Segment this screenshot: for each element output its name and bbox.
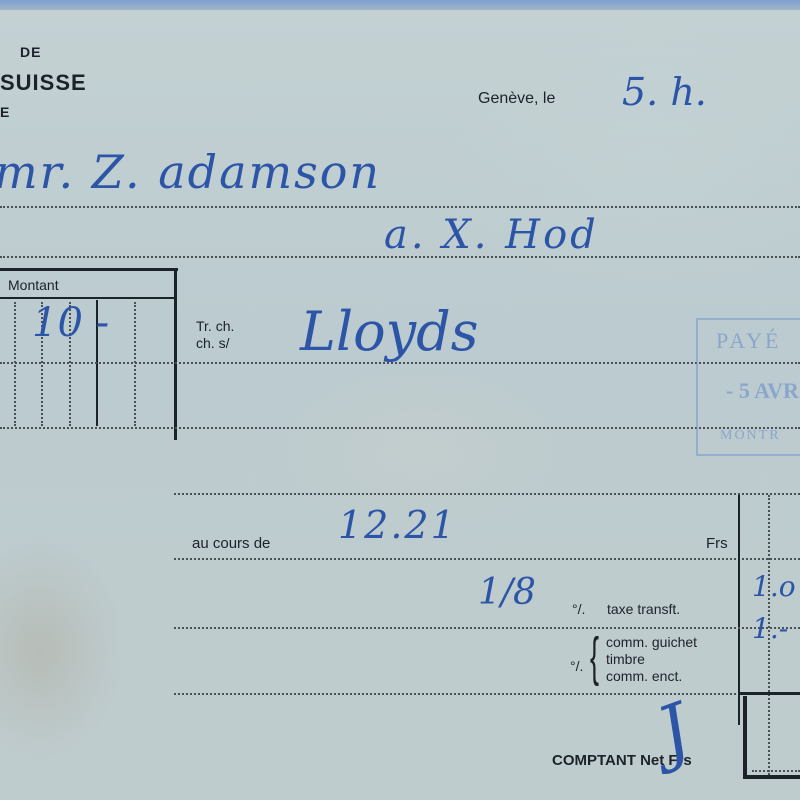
transfer-label: Tr. ch. ch. s/	[196, 318, 234, 352]
bank-name-line3: E	[0, 104, 9, 120]
handwritten-amount: 10 -	[32, 300, 109, 346]
percent-symbol: °/.	[570, 658, 583, 674]
table-top-border	[0, 268, 178, 271]
currency-label: Frs	[706, 535, 728, 552]
dotted-line	[0, 206, 800, 208]
bank-name-line1: DE	[20, 44, 41, 60]
place-date-label: Genève, le	[478, 90, 555, 108]
dotted-line	[0, 362, 800, 364]
dotted-line	[752, 770, 800, 772]
brace-symbol: {	[590, 630, 599, 684]
stamp-date: - 5 AVR	[726, 378, 799, 404]
handwritten-fee-value-1: 1.o	[752, 570, 796, 603]
commission-item: comm. guichet	[606, 634, 697, 651]
right-column-border	[738, 495, 740, 725]
transfer-label-line2: ch. s/	[196, 335, 234, 352]
handwritten-fee-fraction: 1/8	[478, 572, 536, 613]
column-guide	[14, 302, 16, 426]
handwritten-bank-name: Lloyds	[300, 300, 478, 363]
column-guide	[134, 302, 136, 426]
paid-stamp: PAYÉ - 5 AVR MONTR	[696, 318, 800, 456]
handwritten-exchange-rate: 12.21	[338, 503, 457, 547]
dotted-line	[0, 427, 800, 429]
stamp-line1: PAYÉ	[716, 328, 781, 354]
handwritten-date: 5. h.	[622, 70, 707, 114]
percent-symbol: °/.	[572, 601, 585, 617]
stamp-line3: MONTR	[720, 428, 781, 444]
dotted-line	[0, 256, 800, 258]
commission-list: comm. guichet timbre comm. enct.	[606, 634, 697, 685]
cash-label: COMPTANT	[552, 752, 636, 769]
total-box-top	[738, 692, 800, 695]
handwritten-fee-value-2: 1.-	[752, 612, 788, 645]
transfer-label-line1: Tr. ch.	[196, 318, 234, 335]
commission-item: timbre	[606, 651, 697, 668]
dotted-line	[174, 627, 800, 629]
bank-name-line2: SUISSE	[0, 70, 87, 96]
table-right-border	[174, 268, 177, 440]
handwritten-recipient-name: mr. Z. adamson	[0, 145, 381, 199]
total-box-left	[743, 696, 747, 778]
commission-item: comm. enct.	[606, 668, 697, 685]
table-header-divider	[0, 297, 176, 299]
exchange-rate-label: au cours de	[192, 535, 270, 552]
dotted-line	[174, 558, 800, 560]
handwritten-recipient-address: a. X. Hod	[384, 212, 599, 258]
total-box-bottom	[743, 775, 800, 779]
amount-column-header: Montant	[8, 277, 59, 293]
dotted-line	[174, 493, 800, 495]
transfer-tax-label: taxe transft.	[607, 601, 680, 617]
